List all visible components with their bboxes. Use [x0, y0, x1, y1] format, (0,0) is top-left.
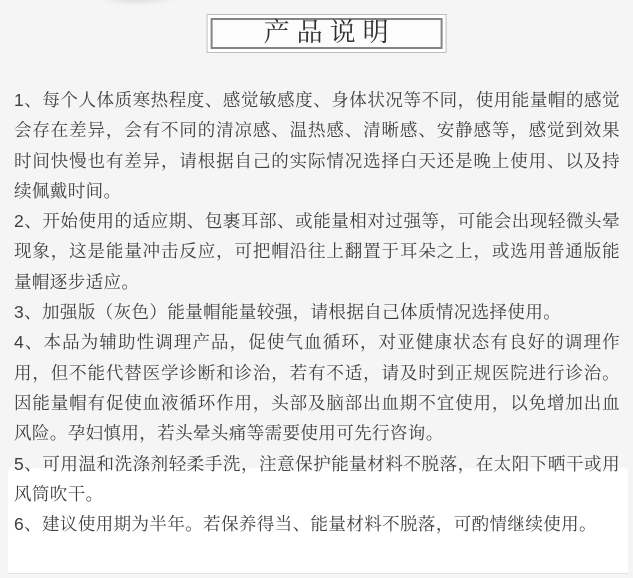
paragraph-2: 2、开始使用的适应期、包裹耳部、或能量相对过强等，可能会出现轻微头晕现象，这是能… — [14, 206, 620, 297]
title-box: 产品说明 — [206, 14, 446, 53]
product-description-page: 产品说明 1、每个人体质寒热程度、感觉敏感度、身体状况等不同，使用能量帽的感觉会… — [0, 0, 633, 578]
paragraph-5: 5、可用温和洗涤剂轻柔手洗，注意保护能量材料不脱落，在太阳下晒干或用风筒吹干。 — [14, 449, 620, 510]
description-text: 1、每个人体质寒热程度、感觉敏感度、身体状况等不同，使用能量帽的感觉会存在差异，… — [14, 85, 620, 539]
paragraph-1: 1、每个人体质寒热程度、感觉敏感度、身体状况等不同，使用能量帽的感觉会存在差异，… — [14, 85, 620, 206]
page-title: 产品说明 — [210, 18, 442, 49]
paragraph-6: 6、建议使用期为半年。若保养得当、能量材料不脱落，可酌情继续使用。 — [14, 509, 620, 539]
paragraph-4: 4、本品为辅助性调理产品，促使气血循环，对亚健康状态有良好的调理作用，但不能代替… — [14, 327, 620, 448]
top-edge-shadow — [98, 0, 176, 5]
paragraph-3: 3、加强版（灰色）能量帽能量较强，请根据自己体质情况选择使用。 — [14, 297, 620, 327]
